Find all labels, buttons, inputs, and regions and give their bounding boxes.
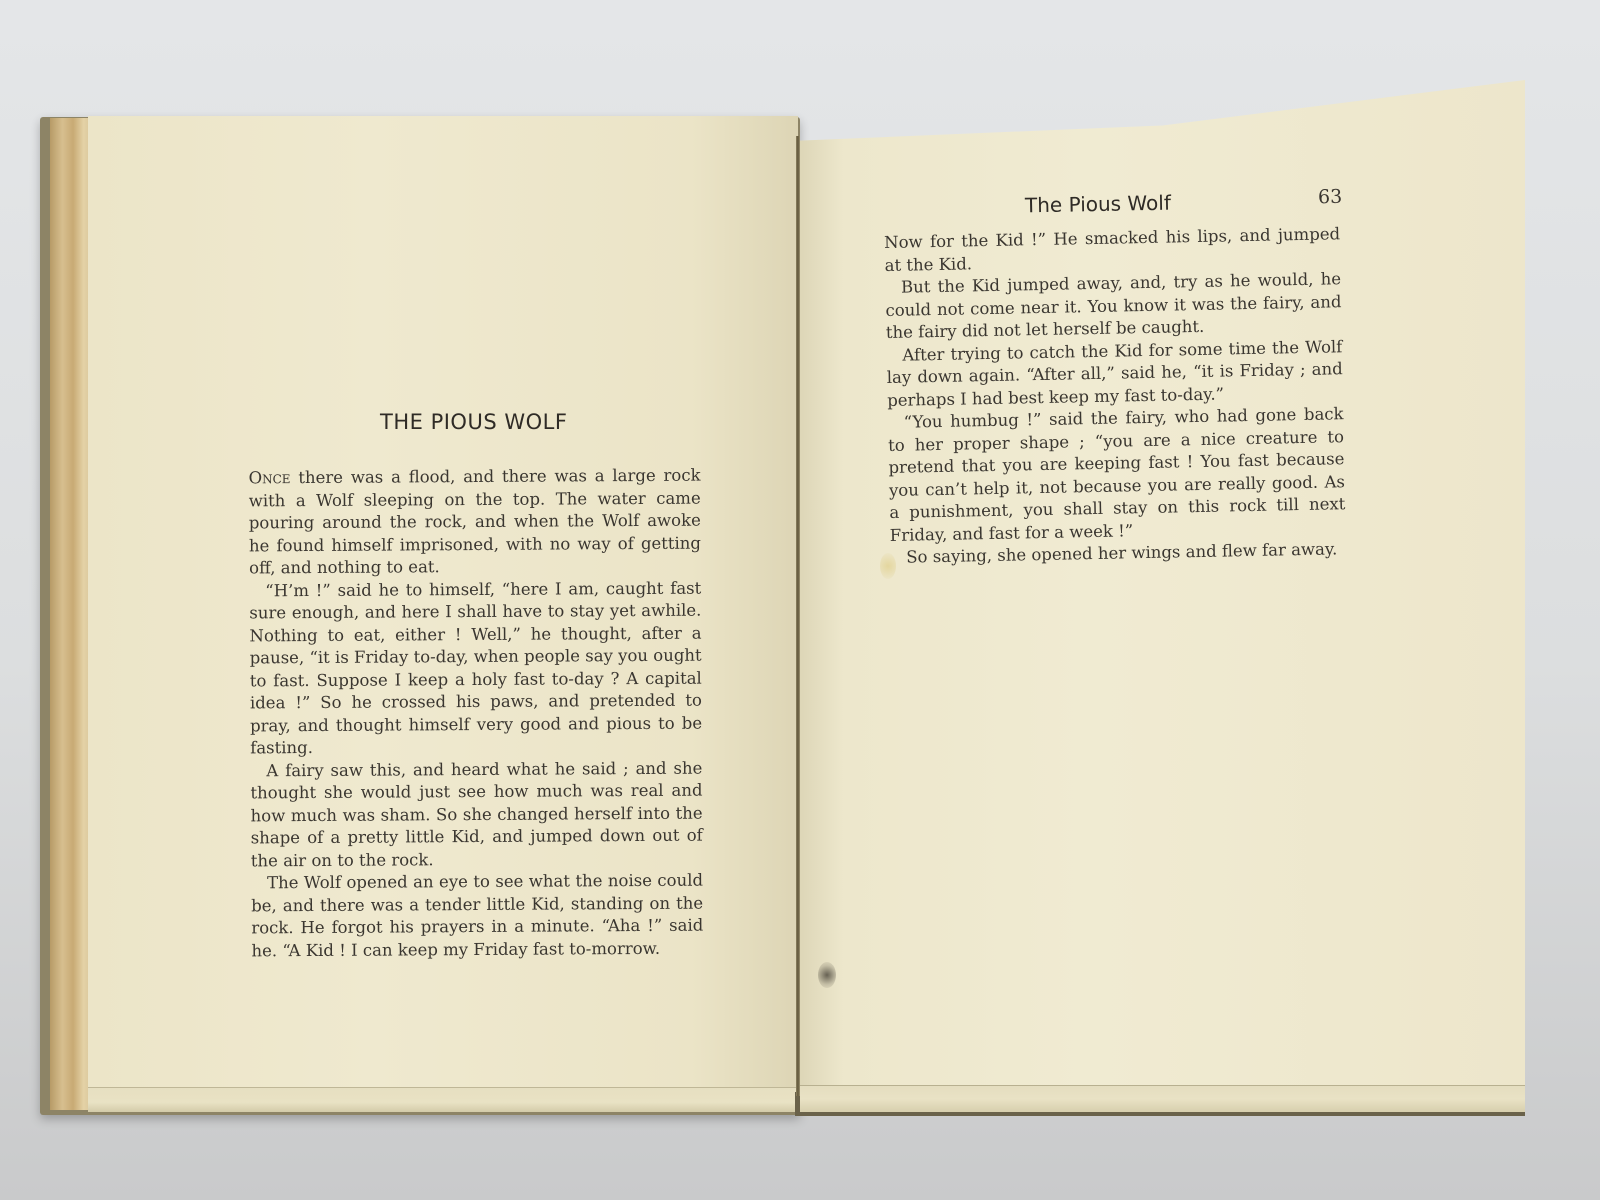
paragraph: After trying to catch the Kid for some t… [886,336,1343,412]
drop-lead-word: Once [248,468,290,487]
right-page-stack-bottom [800,1085,1525,1112]
paper-stain [880,553,896,579]
paragraph: “You humbug !” said the fairy, who had g… [887,403,1346,547]
paragraph: The Wolf opened an eye to see what the n… [251,870,704,963]
paragraph-text: there was a flood, and there was a large… [249,466,701,578]
paragraph: But the Kid jumped away, and, try as he … [885,268,1342,344]
paragraph: Once there was a flood, and there was a … [248,465,701,580]
paragraph: “H’m !” said he to himself, “here I am, … [249,577,702,760]
page-number: 63 [1318,186,1343,208]
page-edges-left [50,118,92,1110]
spine-gutter [796,136,800,1096]
paragraph: A fairy saw this, and heard what he said… [250,757,703,872]
left-page-body: Once there was a flood, and there was a … [248,465,703,963]
left-page-stack-bottom [88,1087,798,1112]
running-head: The Pious Wolf [1025,191,1171,218]
ink-smudge [818,962,836,988]
book-photo: THE PIOUS WOLF Once there was a flood, a… [0,0,1600,1200]
chapter-title: THE PIOUS WOLF [380,410,567,434]
right-page-body: Now for the Kid !” He smacked his lips, … [884,223,1346,569]
